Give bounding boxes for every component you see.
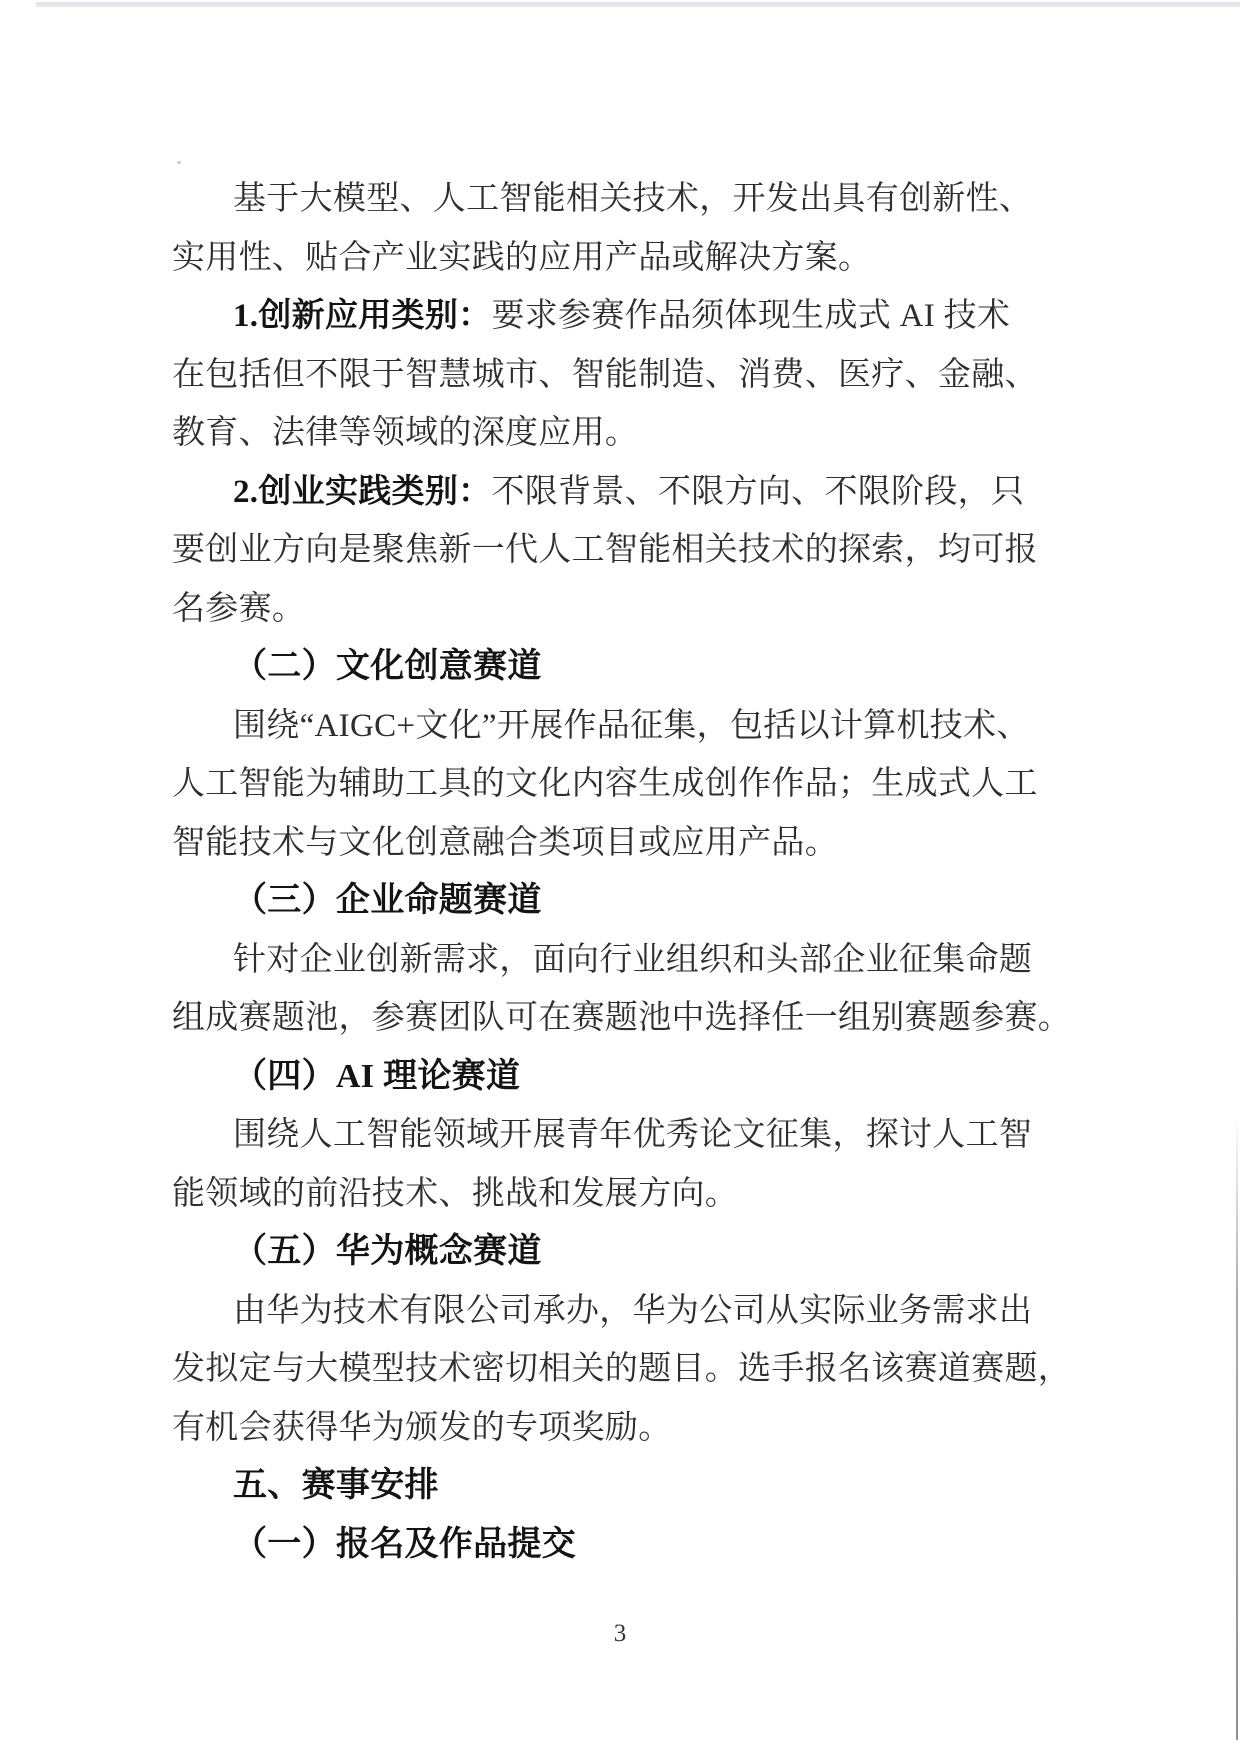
line-text: （四）AI 理论赛道 — [233, 1058, 520, 1095]
line-text: 围绕“AIGC+文化”开展作品征集，包括以计算机技术、 — [233, 708, 1030, 744]
text-line: 有机会获得华为颁发的专项奖励。 — [172, 1399, 1068, 1458]
line-text: 针对企业创新需求，面向行业组织和头部企业征集命题 — [233, 942, 1032, 978]
text-line: 名参赛。 — [172, 580, 1068, 639]
text-line: 由华为技术有限公司承办，华为公司从实际业务需求出 — [172, 1282, 1068, 1341]
line-text: 不限背景、不限方向、不限阶段，只 — [491, 474, 1024, 510]
text-line: 针对企业创新需求，面向行业组织和头部企业征集命题 — [172, 931, 1068, 990]
section-heading: （五）华为概念赛道 — [172, 1223, 1068, 1282]
page-number: 3 — [0, 1620, 1240, 1648]
line-text: 有机会获得华为颁发的专项奖励。 — [172, 1410, 672, 1446]
section-heading: （四）AI 理论赛道 — [172, 1048, 1068, 1107]
line-text: 人工智能为辅助工具的文化内容生成创作作品；生成式人工 — [172, 766, 1038, 802]
text-line: 人工智能为辅助工具的文化内容生成创作作品；生成式人工 — [172, 755, 1068, 814]
line-text: 组成赛题池，参赛团队可在赛题池中选择任一组别赛题参赛。 — [172, 1000, 1071, 1036]
line-text: 教育、法律等领域的深度应用。 — [172, 415, 638, 451]
text-line: 智能技术与文化创意融合类项目或应用产品。 — [172, 814, 1068, 873]
line-text: 要创业方向是聚焦新一代人工智能相关技术的探索，均可报 — [172, 532, 1038, 568]
line-text: 发拟定与大模型技术密切相关的题目。选手报名该赛道赛题， — [172, 1351, 1071, 1387]
text-line: 在包括但不限于智慧城市、智能制造、消费、医疗、金融、 — [172, 346, 1068, 405]
line-text: 基于大模型、人工智能相关技术，开发出具有创新性、 — [233, 181, 1032, 217]
section-heading: 五、赛事安排 — [172, 1457, 1068, 1516]
line-text: （五）华为概念赛道 — [233, 1233, 542, 1270]
item-label: 1.创新应用类别： — [233, 298, 491, 334]
text-line: 围绕人工智能领域开展青年优秀论文征集，探讨人工智 — [172, 1106, 1068, 1165]
section-heading: （一）报名及作品提交 — [172, 1516, 1068, 1575]
line-text: 围绕人工智能领域开展青年优秀论文征集，探讨人工智 — [233, 1117, 1032, 1153]
line-text: 在包括但不限于智慧城市、智能制造、消费、医疗、金融、 — [172, 357, 1038, 393]
line-text: 由华为技术有限公司承办，华为公司从实际业务需求出 — [233, 1293, 1032, 1329]
line-text: （一）报名及作品提交 — [233, 1526, 576, 1563]
text-line: 发拟定与大模型技术密切相关的题目。选手报名该赛道赛题， — [172, 1340, 1068, 1399]
text-line: 1.创新应用类别：要求参赛作品须体现生成式 AI 技术 — [172, 287, 1068, 346]
text-line: 围绕“AIGC+文化”开展作品征集，包括以计算机技术、 — [172, 697, 1068, 756]
text-line: 能领域的前沿技术、挑战和发展方向。 — [172, 1165, 1068, 1224]
line-text: 实用性、贴合产业实践的应用产品或解决方案。 — [172, 240, 871, 276]
section-heading: （三）企业命题赛道 — [172, 872, 1068, 931]
line-text: 能领域的前沿技术、挑战和发展方向。 — [172, 1176, 738, 1212]
line-text: 要求参赛作品须体现生成式 AI 技术 — [491, 298, 1010, 334]
document-text-block: 基于大模型、人工智能相关技术，开发出具有创新性、实用性、贴合产业实践的应用产品或… — [172, 0, 1068, 1574]
line-text: （二）文化创意赛道 — [233, 648, 542, 685]
line-text: 五、赛事安排 — [233, 1467, 439, 1504]
text-line: 要创业方向是聚焦新一代人工智能相关技术的探索，均可报 — [172, 521, 1068, 580]
text-line: 组成赛题池，参赛团队可在赛题池中选择任一组别赛题参赛。 — [172, 989, 1068, 1048]
line-text: （三）企业命题赛道 — [233, 882, 542, 919]
text-line: 2.创业实践类别：不限背景、不限方向、不限阶段，只 — [172, 463, 1068, 522]
section-heading: （二）文化创意赛道 — [172, 638, 1068, 697]
text-line: 教育、法律等领域的深度应用。 — [172, 404, 1068, 463]
text-line: 基于大模型、人工智能相关技术，开发出具有创新性、 — [172, 170, 1068, 229]
text-line: 实用性、贴合产业实践的应用产品或解决方案。 — [172, 229, 1068, 288]
line-text: 名参赛。 — [172, 591, 305, 627]
line-text: 智能技术与文化创意融合类项目或应用产品。 — [172, 825, 838, 861]
item-label: 2.创业实践类别： — [233, 474, 491, 510]
